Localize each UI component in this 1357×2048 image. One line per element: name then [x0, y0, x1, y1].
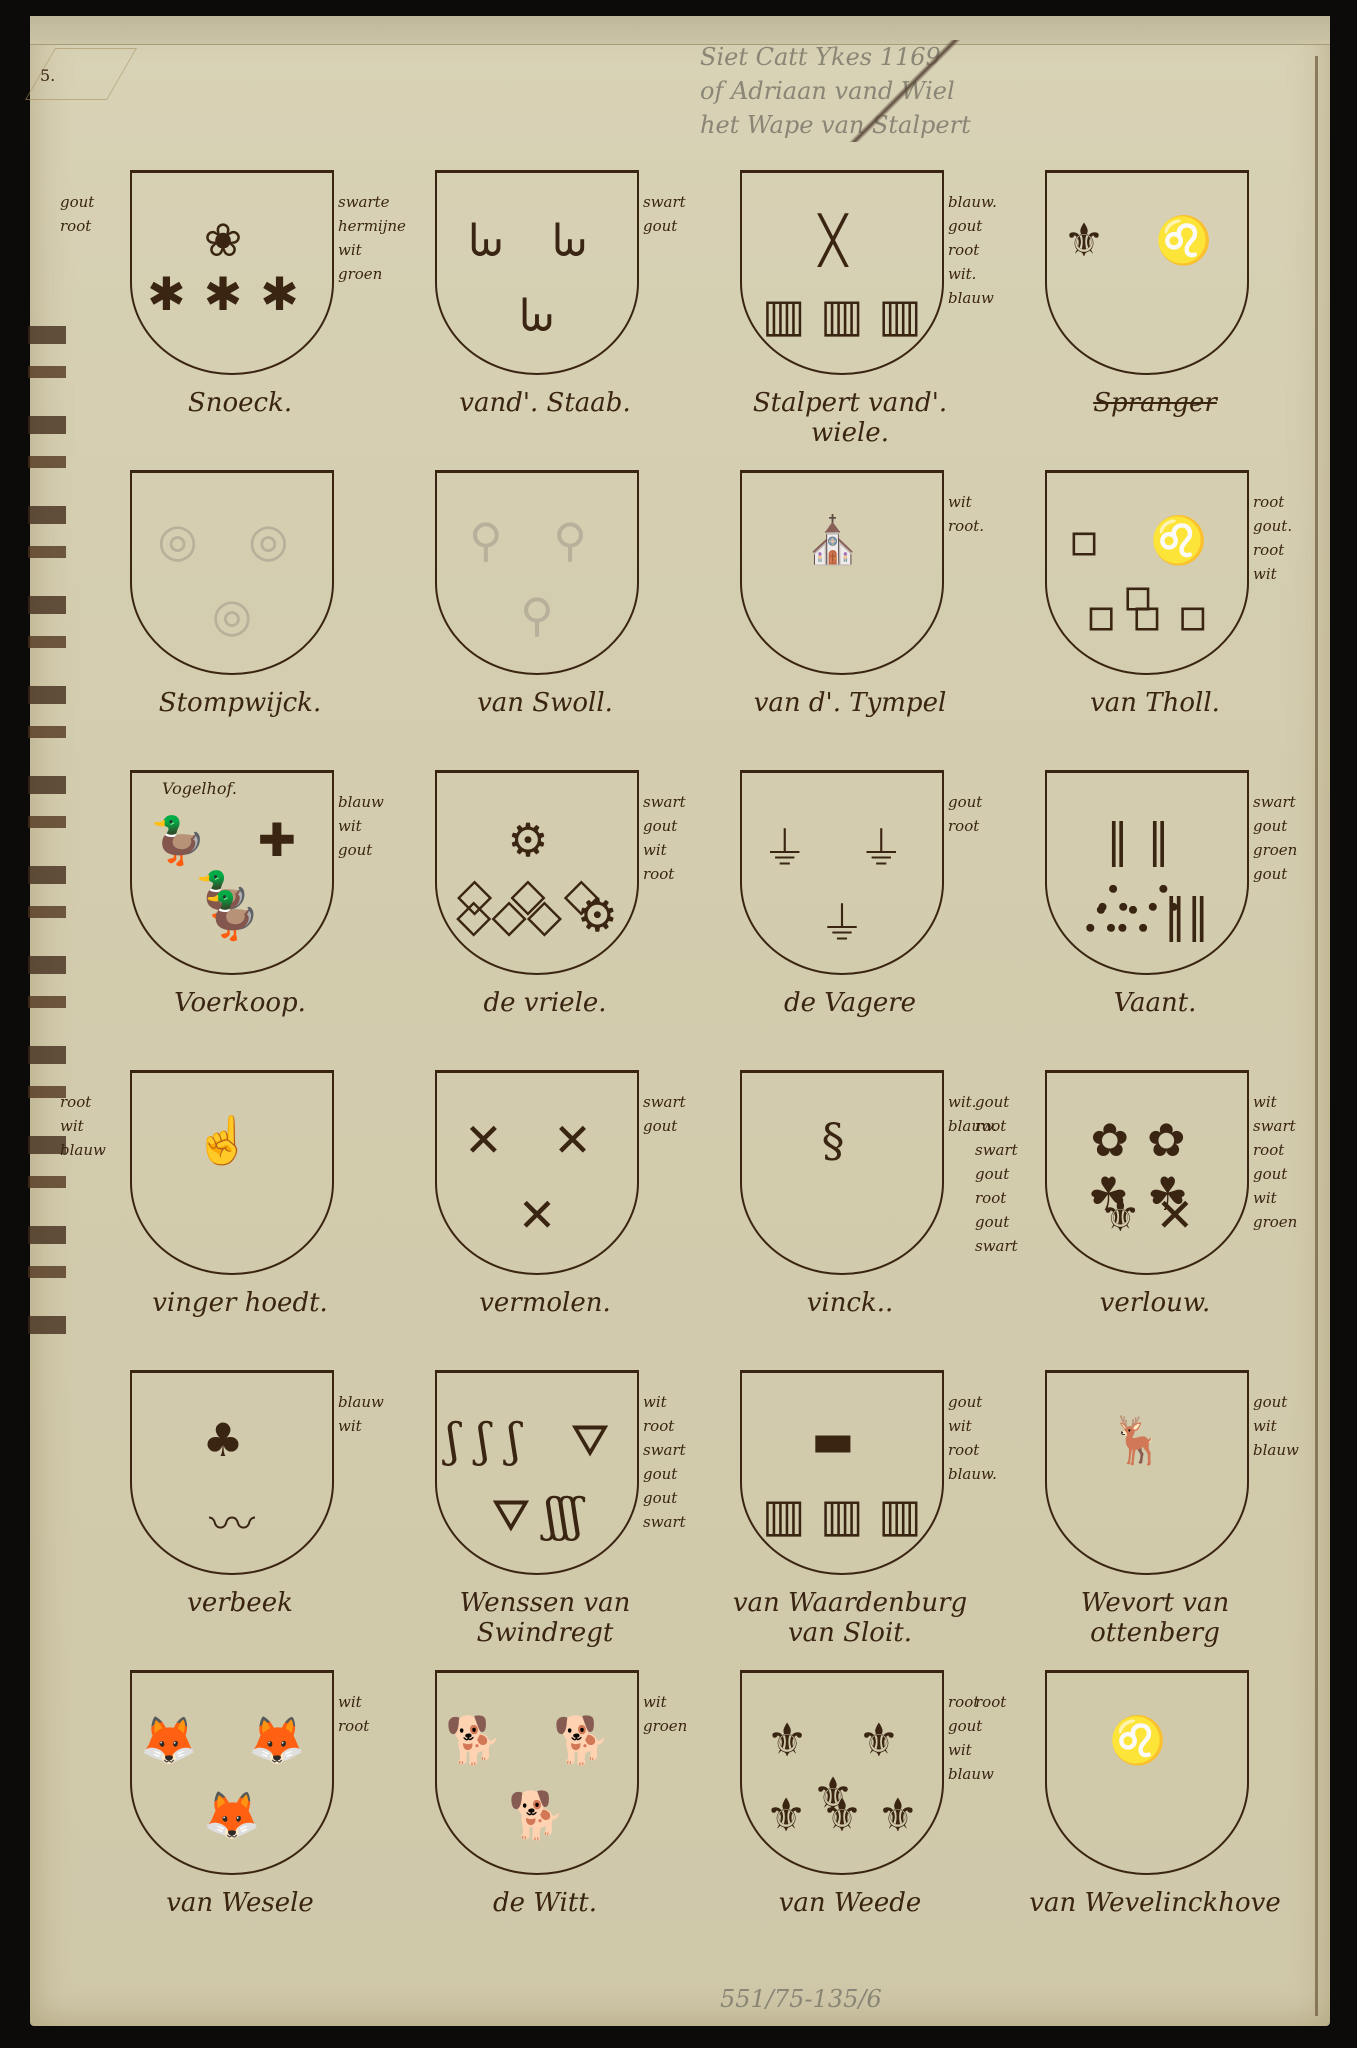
- heraldic-charge-icon: ⏚ ⏚: [742, 813, 942, 879]
- shield-outline: 🦊 🦊🦊: [130, 1670, 334, 1875]
- tincture-label: gout: [1253, 814, 1297, 838]
- tincture-annotations: witroot.: [948, 490, 984, 538]
- family-name-caption: Spranger: [1025, 388, 1285, 418]
- shield-inner-label: Vogelhof.: [162, 779, 237, 798]
- family-name-caption: van Swoll.: [415, 688, 675, 718]
- tincture-label: wit: [948, 490, 984, 514]
- shield-outline: 🦆 ✚ 🦆🦆Vogelhof.: [130, 770, 334, 975]
- tincture-label: root: [975, 1114, 1018, 1138]
- family-name-caption: vinck..: [720, 1288, 980, 1318]
- shield-outline: ♌: [1045, 1670, 1249, 1875]
- tincture-annotations: rootgout.rootwit: [1253, 490, 1292, 586]
- heraldic-charge-icon: 🦊: [132, 1788, 332, 1843]
- tincture-label: gout: [1253, 862, 1297, 886]
- heraldic-charge-icon: ✕: [437, 1188, 637, 1242]
- coat-of-arms-entry: ❀ ✱✱✱swarte hermijnewitgroengoutrootSnoe…: [70, 160, 375, 460]
- tincture-annotations: witswartrootgoutwitgroen: [1253, 1090, 1297, 1234]
- heraldic-charge-icon: ⚲ ⚲: [437, 513, 637, 567]
- coat-of-arms-entry: 🦊 🦊🦊witrootvan Wesele: [70, 1660, 375, 1960]
- heraldic-charge-icon: ⛬⛬ ‖‖: [1047, 888, 1247, 944]
- tincture-label: gout: [975, 1210, 1018, 1234]
- shield-outline: ᘈ ᘈᘈ: [435, 170, 639, 375]
- family-name-caption: de Vagere: [720, 988, 980, 1018]
- heraldic-charge-icon: ▬: [742, 1413, 942, 1467]
- family-name-caption: van Wesele: [110, 1888, 370, 1918]
- heraldic-charge-icon: ♌: [1047, 1713, 1247, 1768]
- family-name-caption: Wevort van ottenberg: [1025, 1588, 1285, 1648]
- family-name-caption: verbeek: [110, 1588, 370, 1618]
- tincture-label: root.: [948, 514, 984, 538]
- tincture-label: root: [1253, 538, 1292, 562]
- heraldic-charge-icon: ☝: [132, 1113, 332, 1168]
- tincture-label: root: [1253, 490, 1292, 514]
- pencil-note: Siet Catt Ykes 1169 of Adriaan vand Wiel…: [700, 40, 1120, 142]
- shield-outline: ⛪: [740, 470, 944, 675]
- tincture-label: gout: [1253, 1162, 1297, 1186]
- heraldic-charge-icon: 🐕: [437, 1788, 637, 1843]
- tincture-label: wit: [1253, 1090, 1297, 1114]
- heraldic-charge-icon: ⏚: [742, 888, 942, 954]
- heraldic-charge-icon: 🦌: [1047, 1413, 1247, 1468]
- heraldic-charge-icon: 〰: [132, 1488, 332, 1554]
- shield-outline: ⚲ ⚲⚲: [435, 470, 639, 675]
- tincture-label: groen: [1253, 1210, 1297, 1234]
- strike-through-lines: [700, 40, 1120, 142]
- heraldic-charge-icon: 🦊 🦊: [132, 1713, 332, 1768]
- coat-of-arms-entry: ʃʃʃ ⛛⛛ ʃʃʃwitrootswartgoutgoutswartWenss…: [375, 1360, 680, 1660]
- tincture-label: root: [60, 214, 94, 238]
- tincture-label: gout: [975, 1162, 1018, 1186]
- shield-outline: ◎ ◎◎: [130, 470, 334, 675]
- coat-of-arms-entry: §wit.blauw.vinck..: [680, 1060, 985, 1360]
- ink-stain-left-margin: [28, 326, 66, 1346]
- tincture-annotations: witroot: [338, 1690, 369, 1738]
- family-name-caption: Vaant.: [1025, 988, 1285, 1018]
- coat-of-arms-entry: ♣〰blauwwitverbeek: [70, 1360, 375, 1660]
- coat-of-arms-entry: ☝rootwitblauwvinger hoedt.: [70, 1060, 375, 1360]
- heraldic-charge-icon: ⚜ ⚜ ⚜: [742, 1788, 942, 1842]
- tincture-label: root: [975, 1690, 1006, 1714]
- heraldic-charge-icon: ♣: [132, 1413, 332, 1467]
- family-name-caption: van Waardenburg van Sloit.: [720, 1588, 980, 1648]
- heraldic-charge-icon: ⚲: [437, 588, 637, 642]
- family-name-caption: Stompwijck.: [110, 688, 370, 718]
- shelfmark: 551/75-135/6: [720, 1985, 882, 2013]
- heraldic-charge-icon: ⛛ ʃʃʃ: [437, 1488, 637, 1544]
- coat-of-arms-entry: ᘈ ᘈᘈswartgoutvand'. Staab.: [375, 160, 680, 460]
- page-gutter-edge: [1315, 56, 1318, 2016]
- tincture-label: swart: [975, 1234, 1018, 1258]
- family-name-caption: vermolen.: [415, 1288, 675, 1318]
- tincture-annotations-left: rootwitblauw: [60, 1090, 106, 1162]
- shield-outline: §: [740, 1070, 944, 1275]
- coat-of-arms-entry: ⚜ ⚜ ⚜⚜ ⚜ ⚜root goutwit blauwvan Weede: [680, 1660, 985, 1960]
- tincture-label: wit: [1253, 1186, 1297, 1210]
- heraldic-charge-icon: ▥ ▥ ▥: [742, 1488, 942, 1542]
- coat-of-arms-entry: ◎ ◎◎Stompwijck.: [70, 460, 375, 760]
- shield-outline: ⚙ ◇◇◇◇◇◇ ⚙: [435, 770, 639, 975]
- tincture-label: blauw: [60, 1138, 106, 1162]
- tincture-label: gout: [975, 1090, 1018, 1114]
- tincture-annotations: goutroot: [948, 790, 982, 838]
- coat-of-arms-entry: ✕ ✕✕swartgoutvermolen.: [375, 1060, 680, 1360]
- tincture-label: wit: [60, 1114, 106, 1138]
- tincture-annotations: swartgoutgroengout: [1253, 790, 1297, 886]
- heraldic-charge-icon: ╳: [742, 213, 942, 267]
- tincture-label: gout.: [1253, 514, 1292, 538]
- coat-of-arms-entry: 🦌goutwitblauwWevort van ottenberg: [985, 1360, 1290, 1660]
- shield-outline: ♣〰: [130, 1370, 334, 1575]
- tincture-label: wit: [338, 1690, 369, 1714]
- coat-of-arms-entry: ▬▥ ▥ ▥goutwitrootblauw.van Waardenburg v…: [680, 1360, 985, 1660]
- shield-outline: ✿✿ ☘☘⚜ ✕: [1045, 1070, 1249, 1275]
- coat-of-arms-entry: 🦆 ✚ 🦆🦆Vogelhof.blauwwitgoutVoerkoop.: [70, 760, 375, 1060]
- family-name-caption: de vriele.: [415, 988, 675, 1018]
- heraldic-charge-icon: ⚜ ✕: [1047, 1188, 1247, 1242]
- heraldic-charge-icon: ◇◇◇ ⚙: [437, 888, 637, 942]
- coat-of-arms-entry: ⚜ ♌Spranger: [985, 160, 1290, 460]
- shield-outline: ▬▥ ▥ ▥: [740, 1370, 944, 1575]
- family-name-caption: van Weede: [720, 1888, 980, 1918]
- coat-of-arms-entry: 🐕 🐕🐕witgroende Witt.: [375, 1660, 680, 1960]
- shield-outline: ⏚ ⏚⏚: [740, 770, 944, 975]
- shield-outline: ✕ ✕✕: [435, 1070, 639, 1275]
- coat-of-arms-entry: ♌rootvan Wevelinckhove: [985, 1660, 1290, 1960]
- tincture-label: root: [975, 1186, 1018, 1210]
- tincture-label: swart: [975, 1138, 1018, 1162]
- coat-of-arms-entry: ✿✿ ☘☘⚜ ✕witswartrootgoutwitgroengoutroot…: [985, 1060, 1290, 1360]
- tincture-label: root: [1253, 1138, 1297, 1162]
- tincture-annotations: goutwitblauw: [1253, 1390, 1299, 1462]
- family-name-caption: van Wevelinckhove: [1025, 1888, 1285, 1918]
- heraldic-charge-icon: ⛪: [742, 513, 942, 568]
- shield-outline: ʃʃʃ ⛛⛛ ʃʃʃ: [435, 1370, 639, 1575]
- heraldic-charge-icon: ◎ ◎: [132, 513, 332, 567]
- heraldic-charge-icon: 🐕 🐕: [437, 1713, 637, 1768]
- page-top-edge: [30, 16, 1330, 45]
- coat-of-arms-entry: ‖‖ ⛬⛬⛬⛬ ‖‖swartgoutgroengoutVaant.: [985, 760, 1290, 1060]
- family-name-caption: Voerkoop.: [110, 988, 370, 1018]
- heraldic-charge-icon: ᘈ ᘈ: [437, 213, 637, 269]
- tincture-label: root: [60, 1090, 106, 1114]
- coat-of-arms-entry: ⏚ ⏚⏚goutrootde Vagere: [680, 760, 985, 1060]
- family-name-caption: Wenssen van Swindregt: [415, 1588, 675, 1648]
- shield-outline: 🦌: [1045, 1370, 1249, 1575]
- heraldic-charge-icon: ▫ ▫ ▫: [1047, 588, 1247, 642]
- coat-of-arms-entry: ⚙ ◇◇◇◇◇◇ ⚙swartgoutwitrootde vriele.: [375, 760, 680, 1060]
- heraldic-charge-icon: ⚜ ♌: [1047, 213, 1247, 268]
- family-name-caption: vinger hoedt.: [110, 1288, 370, 1318]
- family-name-caption: verlouw.: [1025, 1288, 1285, 1318]
- tincture-label: wit: [1253, 1414, 1299, 1438]
- heraldic-charge-icon: ᘈ: [437, 288, 637, 344]
- shield-outline: ☝: [130, 1070, 334, 1275]
- tincture-label: swart: [1253, 790, 1297, 814]
- shield-outline: ╳▥ ▥ ▥: [740, 170, 944, 375]
- tincture-label: gout: [60, 190, 94, 214]
- folio-number: 5.: [40, 66, 55, 85]
- tincture-annotations-left: root: [975, 1690, 1006, 1714]
- coat-of-arms-entry: ⛪witroot.van d'. Tympel: [680, 460, 985, 760]
- coat-of-arms-entry: ⚲ ⚲⚲van Swoll.: [375, 460, 680, 760]
- family-name-caption: de Witt.: [415, 1888, 675, 1918]
- family-name-caption: van d'. Tympel: [720, 688, 980, 718]
- shield-outline: 🐕 🐕🐕: [435, 1670, 639, 1875]
- heraldic-charge-icon: ❀ ✱✱✱: [132, 213, 332, 321]
- coat-of-arms-entry: ╳▥ ▥ ▥blauw.goutrootwit.blauwStalpert va…: [680, 160, 985, 460]
- heraldic-charge-icon: ʃʃʃ ⛛: [437, 1413, 637, 1469]
- tincture-label: groen: [1253, 838, 1297, 862]
- tincture-label: root: [338, 1714, 369, 1738]
- family-name-caption: Snoeck.: [110, 388, 370, 418]
- family-name-caption: vand'. Staab.: [415, 388, 675, 418]
- tincture-annotations-left: goutroot: [60, 190, 94, 238]
- tincture-label: root: [948, 814, 982, 838]
- tincture-label: swart: [1253, 1114, 1297, 1138]
- heraldic-charge-icon: ✕ ✕: [437, 1113, 637, 1167]
- heraldic-charge-icon: ◎: [132, 588, 332, 642]
- tincture-label: gout: [948, 790, 982, 814]
- family-name-caption: van Tholl.: [1025, 688, 1285, 718]
- shield-outline: ‖‖ ⛬⛬⛬⛬ ‖‖: [1045, 770, 1249, 975]
- tincture-label: blauw: [1253, 1438, 1299, 1462]
- heraldic-charge-icon: ▥ ▥ ▥: [742, 288, 942, 342]
- tincture-label: gout: [1253, 1390, 1299, 1414]
- heraldic-charge-icon: 🦆: [132, 888, 332, 943]
- shield-outline: ▫ ♌ ▫▫ ▫ ▫: [1045, 470, 1249, 675]
- coat-of-arms-grid: ❀ ✱✱✱swarte hermijnewitgroengoutrootSnoe…: [70, 160, 1290, 1960]
- tincture-annotations-left: goutrootswartgoutrootgoutswart: [975, 1090, 1018, 1258]
- heraldic-charge-icon: §: [742, 1113, 942, 1167]
- tincture-label: wit: [1253, 562, 1292, 586]
- shield-outline: ❀ ✱✱✱: [130, 170, 334, 375]
- shield-outline: ⚜ ♌: [1045, 170, 1249, 375]
- family-name-caption: Stalpert vand'. wiele.: [720, 388, 980, 448]
- coat-of-arms-entry: ▫ ♌ ▫▫ ▫ ▫rootgout.rootwitvan Tholl.: [985, 460, 1290, 760]
- shield-outline: ⚜ ⚜ ⚜⚜ ⚜ ⚜: [740, 1670, 944, 1875]
